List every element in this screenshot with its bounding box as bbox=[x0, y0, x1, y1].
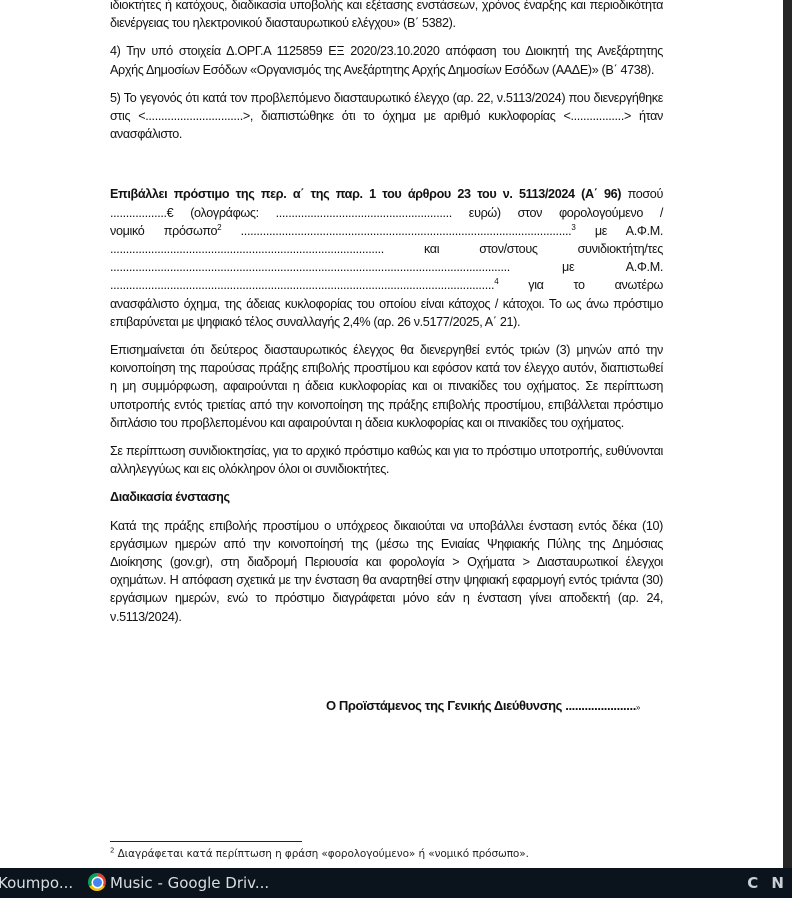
document-page: ιδιοκτήτες ή κατόχους, διαδικασία υποβολ… bbox=[110, 0, 663, 626]
taskbar-item-koumpo[interactable]: Koumpo... bbox=[0, 868, 73, 898]
paragraph-4: 4) Την υπό στοιχεία Δ.ΟΡΓ.Α 1125859 ΕΞ 2… bbox=[110, 42, 663, 78]
document-viewer: ιδιοκτήτες ή κατόχους, διαδικασία υποβολ… bbox=[0, 0, 783, 868]
chrome-icon bbox=[88, 873, 106, 891]
footnote-2: 2 Διαγράφεται κατά περίπτωση η φράση «φο… bbox=[110, 848, 529, 860]
paragraph-regulation-continued: ιδιοκτήτες ή κατόχους, διαδικασία υποβολ… bbox=[110, 0, 663, 32]
footnote-separator bbox=[110, 841, 302, 842]
heading-objection: Διαδικασία ένστασης bbox=[110, 488, 663, 506]
paragraph-second-check: Επισημαίνεται ότι δεύτερος διασταυρωτικό… bbox=[110, 341, 663, 432]
taskbar-item-music-google-drive[interactable]: Music - Google Driv... bbox=[88, 868, 269, 898]
imposition-lead: Επιβάλλει πρόστιμο της περ. α΄ της παρ. … bbox=[110, 187, 621, 201]
paragraph-co-ownership: Σε περίπτωση συνιδιοκτησίας, για το αρχι… bbox=[110, 442, 663, 478]
taskbar: Koumpo... Music - Google Driv... C N bbox=[0, 868, 792, 898]
paragraph-objection: Κατά της πράξης επιβολής προστίμου ο υπό… bbox=[110, 517, 663, 626]
imposition-block: Επιβάλλει πρόστιμο της περ. α΄ της παρ. … bbox=[110, 185, 663, 331]
system-tray[interactable]: C N bbox=[747, 868, 788, 898]
paragraph-5: 5) Το γεγονός ότι κατά τον προβλεπόμενο … bbox=[110, 89, 663, 144]
amount-line: ..................€ (ολογράφως: ........… bbox=[110, 204, 663, 222]
vertical-scrollbar[interactable] bbox=[783, 0, 792, 868]
signature-line: Ο Προϊστάμενος της Γενικής Διεύθυνσης ..… bbox=[326, 698, 640, 713]
